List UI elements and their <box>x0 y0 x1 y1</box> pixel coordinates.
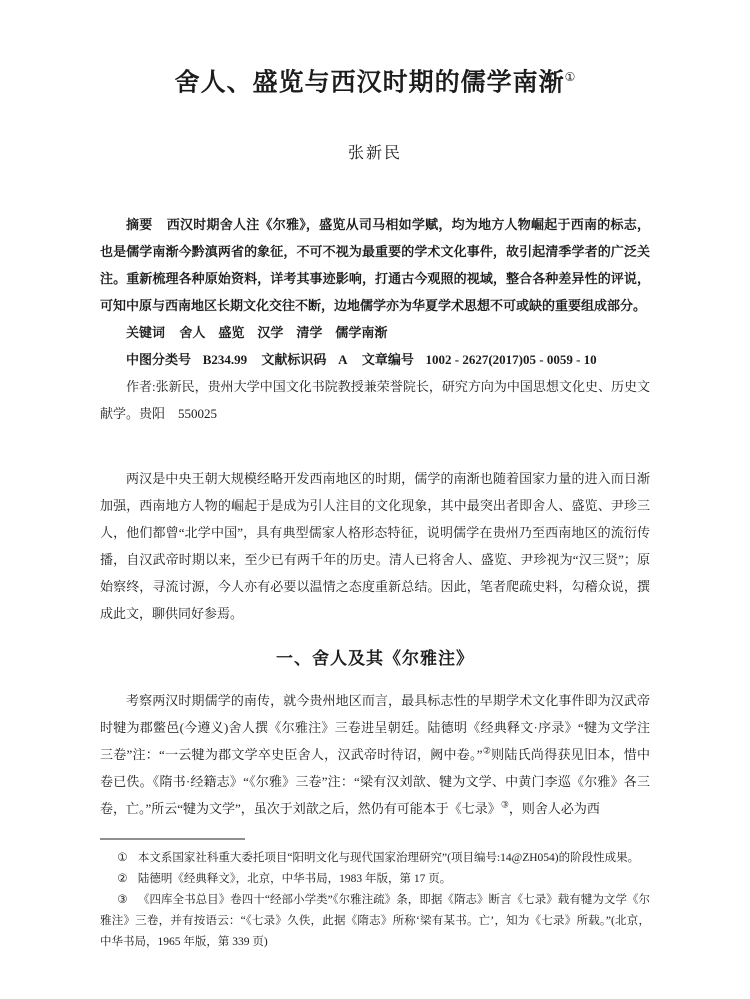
article-no-label: 文章编号 <box>362 352 414 367</box>
clc-value: B234.99 <box>203 352 247 367</box>
author-bio: 作者:张新民，贵州大学中国文化书院教授兼荣誉院长，研究方向为中国思想文化史、历史… <box>100 373 650 427</box>
section-1-heading: 一、舍人及其《尔雅注》 <box>100 647 650 671</box>
footnote-2-text: 陆德明《经典释文》，北京，中华书局，1983 年版，第 17 页。 <box>138 873 451 885</box>
footnote-3: ③《四库全书总目》卷四十“经部小学类”《尔雅注疏》条，即据《隋志》断言《七录》载… <box>100 890 650 953</box>
paragraph-section1-seg3: ，则舍人必为西 <box>509 801 600 816</box>
doc-code-label: 文献标识码 <box>261 352 326 367</box>
footnote-1-text: 本文系国家社科重大委托项目“阳明文化与现代国家治理研究”(项目编号:14@ZH0… <box>138 852 639 864</box>
clc-label: 中图分类号 <box>126 352 191 367</box>
keywords-line: 关键词舍人 盛览 汉学 清学 儒学南渐 <box>100 319 650 346</box>
author-name: 张新民 <box>100 143 650 165</box>
article-title: 舍人、盛览与西汉时期的儒学南渐① <box>100 60 650 99</box>
footnote-3-text: 《四库全书总目》卷四十“经部小学类”《尔雅注疏》条，即据《隋志》断言《七录》载有… <box>100 894 650 948</box>
footnote-1-mark: ① <box>117 852 127 864</box>
footnote-1: ①本文系国家社科重大委托项目“阳明文化与现代国家治理研究”(项目编号:14@ZH… <box>100 848 650 869</box>
article-page: 舍人、盛览与西汉时期的儒学南渐① 张新民 摘要西汉时期舍人注《尔雅》，盛览从司马… <box>0 0 750 999</box>
footnote-2: ②陆德明《经典释文》，北京，中华书局，1983 年版，第 17 页。 <box>100 869 650 890</box>
footnote-3-mark: ③ <box>117 894 127 906</box>
doc-code-value: A <box>338 352 347 367</box>
abstract-paragraph: 摘要西汉时期舍人注《尔雅》，盛览从司马相如学赋，均为地方人物崛起于西南的标志，也… <box>100 211 650 319</box>
footnote-2-mark: ② <box>117 873 127 885</box>
classification-line: 中图分类号B234.99文献标识码A文章编号1002 - 2627(2017)0… <box>100 346 650 373</box>
article-meta: 摘要西汉时期舍人注《尔雅》，盛览从司马相如学赋，均为地方人物崛起于西南的标志，也… <box>100 211 650 427</box>
article-title-text: 舍人、盛览与西汉时期的儒学南渐 <box>175 68 565 96</box>
abstract-label: 摘要 <box>126 217 152 232</box>
abstract-text: 西汉时期舍人注《尔雅》，盛览从司马相如学赋，均为地方人物崛起于西南的标志，也是儒… <box>100 217 650 313</box>
article-body: 两汉是中央王朝大规模经略开发西南地区的时期，儒学的南渐也随着国家力量的进入而日渐… <box>100 465 650 822</box>
footnote-divider <box>100 838 245 840</box>
keywords-list: 舍人 盛览 汉学 清学 儒学南渐 <box>179 325 387 340</box>
paragraph-section1: 考察两汉时期儒学的南传，就今贵州地区而言，最具标志性的早期学术文化事件即为汉武帝… <box>100 687 650 822</box>
paragraph-intro: 两汉是中央王朝大规模经略开发西南地区的时期，儒学的南渐也随着国家力量的进入而日渐… <box>100 465 650 627</box>
footnote-ref-2: ② <box>483 746 492 756</box>
article-no-value: 1002 - 2627(2017)05 - 0059 - 10 <box>426 352 597 367</box>
title-footnote-mark: ① <box>565 70 576 84</box>
footnotes-section: ①本文系国家社科重大委托项目“阳明文化与现代国家治理研究”(项目编号:14@ZH… <box>100 838 650 953</box>
footnote-ref-3: ③ <box>501 800 509 810</box>
keywords-label: 关键词 <box>126 325 165 340</box>
